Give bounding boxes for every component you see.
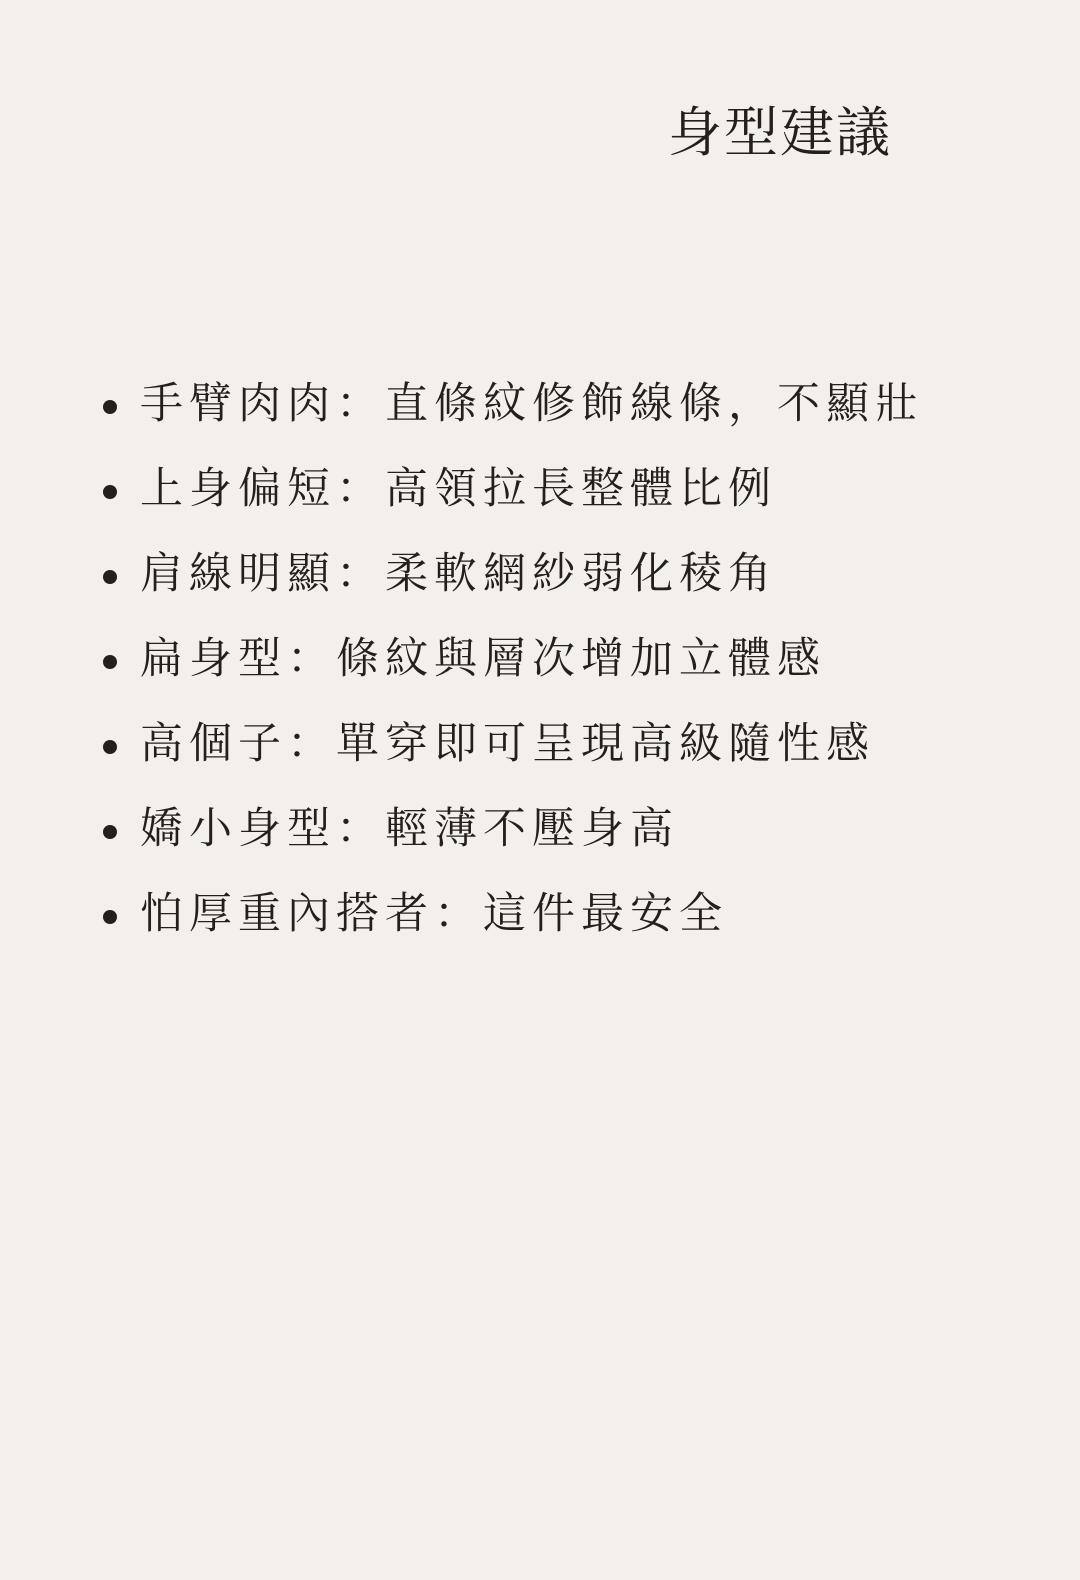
bullet-dot-icon <box>103 570 117 584</box>
list-item: 肩線明顯：柔軟網紗弱化稜角 <box>103 532 924 617</box>
list-item: 手臂肉肉：直條紋修飾線條，不顯壯 <box>103 362 924 447</box>
bullet-dot-icon <box>103 655 117 669</box>
bullet-dot-icon <box>103 825 117 839</box>
slide-body-type-advice: 身型建議 手臂肉肉：直條紋修飾線條，不顯壯 上身偏短：高領拉長整體比例 肩線明顯… <box>0 0 1080 1580</box>
list-item: 上身偏短：高領拉長整體比例 <box>103 447 924 532</box>
advice-list: 手臂肉肉：直條紋修飾線條，不顯壯 上身偏短：高領拉長整體比例 肩線明顯：柔軟網紗… <box>103 362 924 957</box>
list-item-text: 手臂肉肉：直條紋修飾線條，不顯壯 <box>140 383 924 426</box>
list-item: 怕厚重內搭者：這件最安全 <box>103 872 924 957</box>
bullet-dot-icon <box>103 740 117 754</box>
page-title: 身型建議 <box>668 106 892 160</box>
bullet-dot-icon <box>103 400 117 414</box>
bullet-dot-icon <box>103 910 117 924</box>
list-item: 嬌小身型：輕薄不壓身高 <box>103 787 924 872</box>
list-item: 扁身型：條紋與層次增加立體感 <box>103 617 924 702</box>
list-item: 高個子：單穿即可呈現高級隨性感 <box>103 702 924 787</box>
bullet-dot-icon <box>103 485 117 499</box>
list-item-text: 怕厚重內搭者：這件最安全 <box>140 893 728 936</box>
list-item-text: 扁身型：條紋與層次增加立體感 <box>140 638 826 681</box>
list-item-text: 嬌小身型：輕薄不壓身高 <box>140 808 679 851</box>
list-item-text: 上身偏短：高領拉長整體比例 <box>140 468 777 511</box>
list-item-text: 肩線明顯：柔軟網紗弱化稜角 <box>140 553 777 596</box>
list-item-text: 高個子：單穿即可呈現高級隨性感 <box>140 723 875 766</box>
